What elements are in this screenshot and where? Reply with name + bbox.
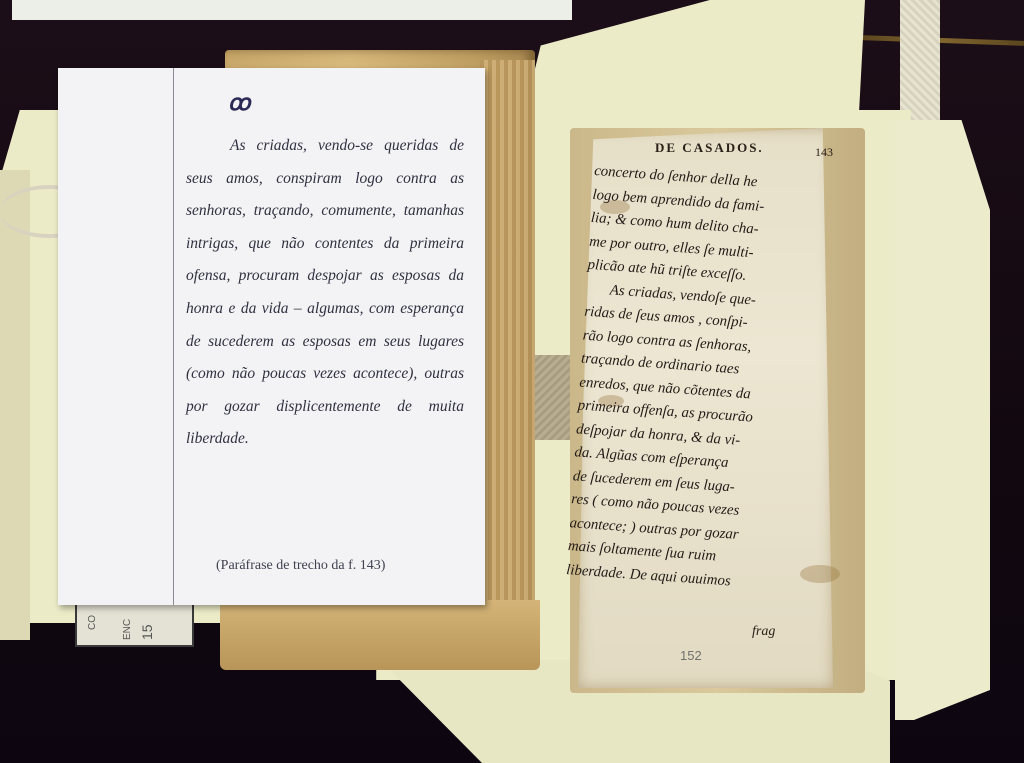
page-number: 143 — [815, 145, 833, 160]
card-margin-rule — [173, 68, 174, 605]
top-paper-sheet — [12, 0, 572, 20]
paraphrase-card: ꝏ As criadas, vendo-se queridas de seus … — [58, 68, 485, 605]
archive-stamp: CO ENC 15 — [75, 600, 194, 647]
card-paragraph: As criadas, vendo-se queridas de seus am… — [186, 130, 464, 456]
old-book-page-edges — [480, 60, 535, 660]
catchword: frag — [752, 624, 775, 640]
old-book-bottom — [220, 600, 540, 670]
ornament-icon: ꝏ — [228, 90, 250, 116]
card-caption: (Paráfrase de trecho da f. 143) — [216, 558, 385, 574]
stamp-label: ENC — [122, 619, 133, 640]
stamp-label: CO — [87, 615, 98, 630]
stamp-label: 15 — [139, 624, 155, 640]
running-head: DE CASADOS. — [655, 140, 764, 156]
folder-left-edge — [0, 170, 30, 640]
paraphrase-text: As criadas, vendo-se queridas de seus am… — [186, 130, 464, 456]
page-stain — [800, 565, 840, 583]
old-book-text: concerto do ſenhor della he logo bem apr… — [565, 160, 819, 598]
pencil-folio-number: 152 — [680, 648, 702, 663]
folder-right-flap — [895, 120, 990, 720]
